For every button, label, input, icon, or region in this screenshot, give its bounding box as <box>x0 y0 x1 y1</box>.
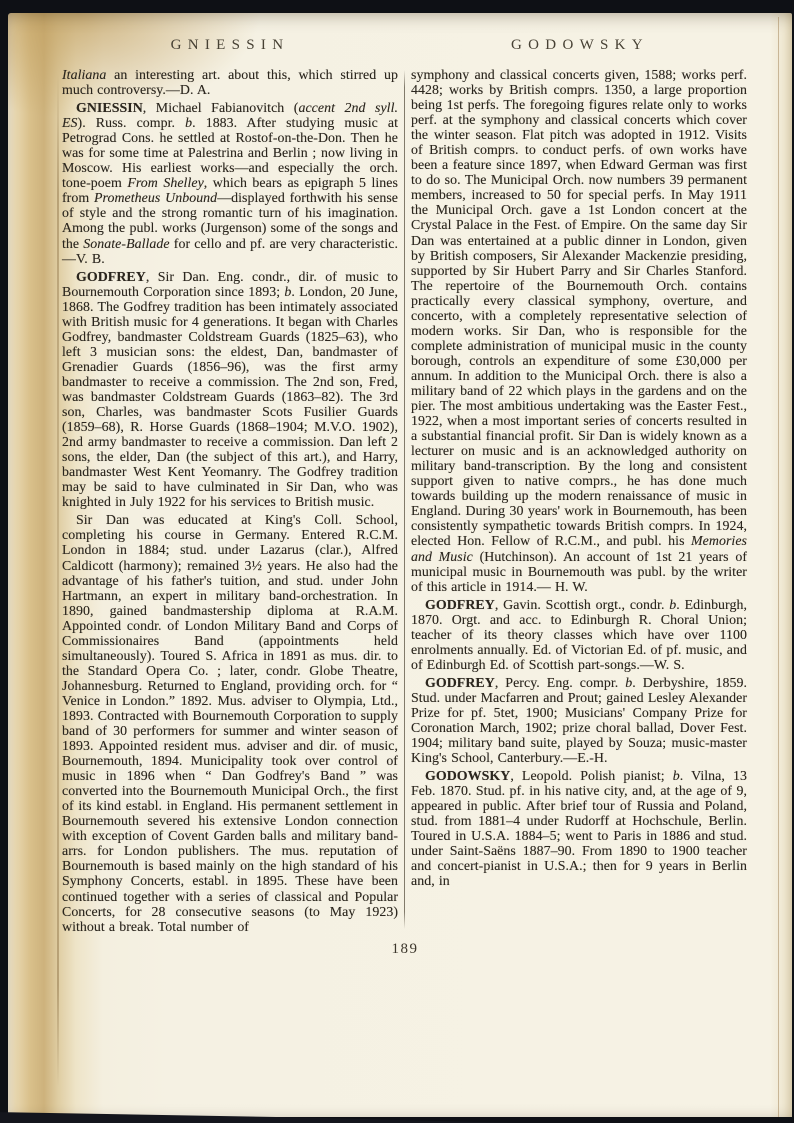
paragraph: GODFREY, Percy. Eng. compr. b. Derbyshir… <box>411 676 747 766</box>
paragraph: Sir Dan was educated at King's Coll. Sch… <box>62 513 398 934</box>
paragraph: GNIESSIN, Michael Fabianovitch (accent 2… <box>62 101 398 267</box>
page-content: GNIESSIN GODOWSKY Italiana an interestin… <box>62 37 792 1117</box>
page-number: 189 <box>62 941 748 958</box>
paragraph: Italiana an interesting art. about this,… <box>62 68 398 98</box>
text-columns: Italiana an interesting art. about this,… <box>62 68 748 935</box>
book-photo: GNIESSIN GODOWSKY Italiana an interestin… <box>0 0 794 1123</box>
running-heads: GNIESSIN GODOWSKY <box>62 37 748 54</box>
paragraph: GODFREY, Sir Dan. Eng. condr., dir. of m… <box>62 270 398 511</box>
book-gutter-crease <box>57 73 59 1087</box>
book-page: GNIESSIN GODOWSKY Italiana an interestin… <box>8 13 792 1117</box>
running-head-left: GNIESSIN <box>62 37 398 54</box>
left-column: Italiana an interesting art. about this,… <box>62 68 398 935</box>
column-divider <box>404 70 405 929</box>
paragraph: GODFREY, Gavin. Scottish orgt., condr. b… <box>411 598 747 673</box>
paragraph: symphony and classical concerts given, 1… <box>411 68 747 595</box>
running-head-right: GODOWSKY <box>412 37 748 54</box>
paragraph: GODOWSKY, Leopold. Polish pianist; b. Vi… <box>411 769 747 889</box>
right-column: symphony and classical concerts given, 1… <box>411 68 747 935</box>
